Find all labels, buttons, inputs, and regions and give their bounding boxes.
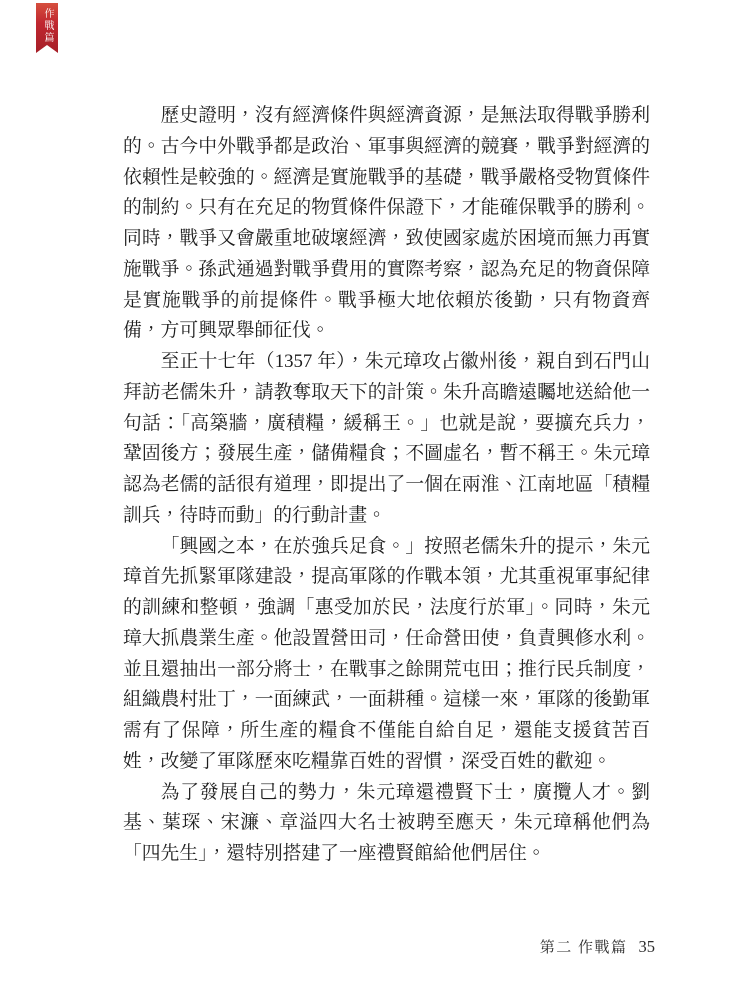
body-text: 歷史證明，沒有經濟條件與經濟資源，是無法取得戰爭勝利的。古今中外戰爭都是政治、軍… [123, 101, 650, 870]
footer-chapter-title: 第二 作戰篇 [540, 936, 628, 957]
book-page: 作戰篇 歷史證明，沒有經濟條件與經濟資源，是無法取得戰爭勝利的。古今中外戰爭都是… [0, 0, 737, 1000]
chapter-ribbon: 作戰篇 [36, 3, 58, 53]
paragraph: 「興國之本，在於強兵足食。」按照老儒朱升的提示，朱元璋首先抓緊軍隊建設，提高軍隊… [123, 532, 650, 778]
footer-page-number: 35 [639, 937, 656, 957]
chapter-ribbon-label: 作戰篇 [42, 3, 52, 44]
paragraph: 至正十七年（1357 年），朱元璋攻占徽州後，親自到石門山拜訪老儒朱升，請教奪取… [123, 347, 650, 532]
paragraph: 為了發展自己的勢力，朱元璋還禮賢下士，廣攬人才。劉基、葉琛、宋濂、章溢四大名士被… [123, 778, 650, 870]
paragraph: 歷史證明，沒有經濟條件與經濟資源，是無法取得戰爭勝利的。古今中外戰爭都是政治、軍… [123, 101, 650, 347]
page-footer: 第二 作戰篇 35 [540, 936, 655, 957]
